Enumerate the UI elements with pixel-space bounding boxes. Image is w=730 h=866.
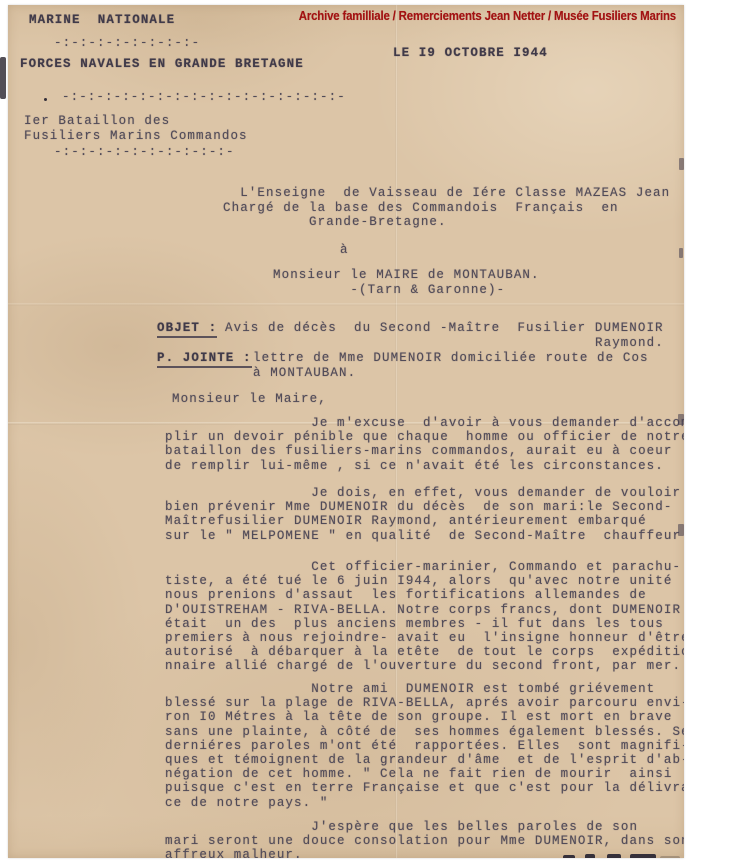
- scan-edge-mark: [0, 57, 6, 99]
- body-paragraph-1: Je m'excuse d'avoir à vous demander d'ac…: [165, 416, 684, 473]
- body-paragraph-2: Je dois, en effet, vous demander de voul…: [165, 486, 681, 543]
- letterhead-separator: -:-:-:-:-:-:-:-:-: [54, 36, 200, 50]
- body-paragraph-3: Cet officier-marinier, Commando et parac…: [165, 560, 684, 674]
- letterhead-org-line2: FORCES NAVALES EN GRANDE BRETAGNE: [20, 57, 304, 71]
- cutoff-char-fragment: [679, 158, 684, 170]
- piece-jointe-label: P. JOINTE :: [157, 351, 252, 365]
- cutoff-char-fragment: [678, 414, 684, 425]
- horizontal-fold-crease: [8, 303, 684, 306]
- piece-jointe-text-line2: à MONTAUBAN.: [253, 366, 356, 380]
- salutation: Monsieur le Maire,: [172, 392, 327, 406]
- archive-annotation: Archive familliale / Remerciements Jean …: [284, 8, 676, 23]
- letterhead-unit-line1: Ier Bataillon des: [24, 114, 170, 128]
- cutoff-char-fragment: [679, 248, 683, 258]
- letterhead-unit-line2: Fusiliers Marins Commandos: [24, 129, 248, 143]
- cutoff-char-fragment: [678, 524, 684, 536]
- letter-paper: Archive familliale / Remerciements Jean …: [8, 5, 684, 858]
- objet-label-text: OBJET :: [157, 321, 217, 338]
- objet-label: OBJET :: [157, 321, 217, 335]
- letterhead-separator: -:-:-:-:-:-:-:-:-:-:-: [54, 145, 235, 159]
- body-paragraph-5: J'espère que les belles paroles de son m…: [165, 820, 684, 858]
- piece-jointe-text: lettre de Mme DUMENOIR domiciliée route …: [253, 351, 649, 365]
- unit-name: Fusiliers Marins: [24, 129, 170, 143]
- stray-ink-dot: [44, 98, 47, 101]
- recipient-particle: à: [340, 243, 349, 257]
- letter-date: LE I9 OCTOBRE I944: [393, 46, 548, 60]
- piece-jointe-label-text: P. JOINTE :: [157, 351, 252, 368]
- objet-text: Avis de décès du Second -Maître Fusilier…: [225, 321, 664, 335]
- body-paragraph-4: Notre ami DUMENOIR est tombé griévement …: [165, 682, 684, 810]
- sender-block: L'Enseigne de Vaisseau de Iére Classe MA…: [223, 186, 670, 230]
- letterhead-separator: -:-:-:-:-:-:-:-:-:-:-:-:-:-:-:-:-: [62, 90, 346, 104]
- letterhead-org-line1: MARINE NATIONALE: [29, 13, 175, 27]
- recipient-block: Monsieur le MAIRE de MONTAUBAN. -(Tarn &…: [273, 268, 540, 297]
- objet-text-line2: Raymond.: [595, 336, 664, 350]
- unit-name-bold: Commandos: [170, 129, 247, 143]
- scanned-letter-screenshot: { "annotation": { "text": "Archive famil…: [0, 0, 730, 866]
